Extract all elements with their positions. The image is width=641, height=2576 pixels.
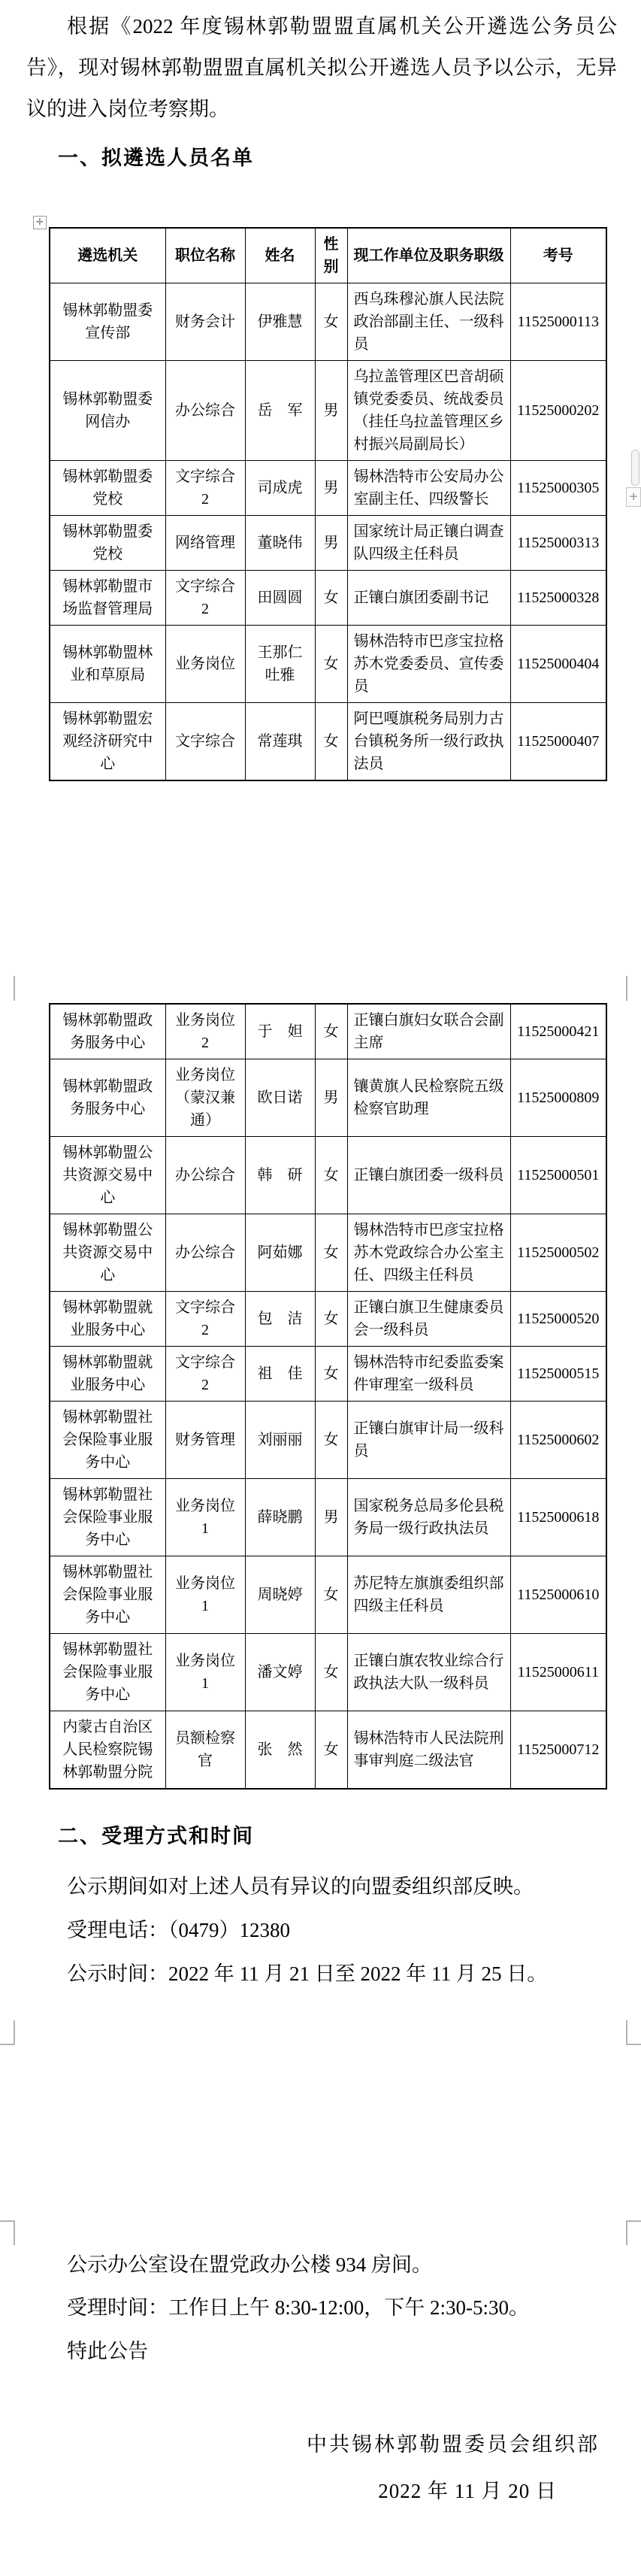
table-cell: 男 bbox=[315, 1059, 347, 1137]
table-cell: 办公综合 bbox=[165, 1137, 245, 1214]
table-cell: 办公综合 bbox=[165, 1214, 245, 1292]
table-row: 锡林郭勒盟委宣传部财务会计伊雅慧女西乌珠穆沁旗人民法院政治部副主任、一级科员11… bbox=[50, 283, 606, 361]
table-cell: 男 bbox=[315, 361, 347, 461]
table-row: 锡林郭勒盟就业服务中心文字综合2祖 佳女锡林浩特市纪委监委案件审理室一级科员11… bbox=[50, 1347, 606, 1402]
table-cell: 锡林郭勒盟就业服务中心 bbox=[50, 1347, 165, 1402]
table-cell: 11525000610 bbox=[510, 1556, 606, 1634]
table-cell: 常莲琪 bbox=[245, 703, 315, 781]
table-cell: 正镶白旗卫生健康委员会一级科员 bbox=[347, 1292, 510, 1347]
table-cell: 文字综合2 bbox=[165, 461, 245, 516]
table-cell: 苏尼特左旗旗委组织部四级主任科员 bbox=[347, 1556, 510, 1634]
table-cell: 11525000421 bbox=[510, 1004, 606, 1059]
table-header-row: 遴选机关职位名称姓名性别现工作单位及职务职级考号 bbox=[50, 228, 606, 283]
table-cell: 祖 佳 bbox=[245, 1347, 315, 1402]
table-cell: 田圆圆 bbox=[245, 571, 315, 626]
page-corner-mark bbox=[627, 2044, 641, 2045]
column-header: 职位名称 bbox=[165, 228, 245, 283]
table-cell: 锡林浩特市巴彦宝拉格苏木党委委员、宣传委员 bbox=[347, 626, 510, 703]
scroll-plus-button[interactable]: + bbox=[626, 487, 641, 507]
table-row: 锡林郭勒盟社会保险事业服务中心业务岗位1周晓婷女苏尼特左旗旗委组织部四级主任科员… bbox=[50, 1556, 606, 1634]
table-cell: 11525000502 bbox=[510, 1214, 606, 1292]
table-cell: 锡林浩特市公安局办公室副主任、四级警长 bbox=[347, 461, 510, 516]
column-header: 姓名 bbox=[245, 228, 315, 283]
table-cell: 业务岗位 bbox=[165, 626, 245, 703]
scrollbar-thumb[interactable] bbox=[631, 450, 639, 486]
table-cell: 锡林郭勒盟社会保险事业服务中心 bbox=[50, 1634, 165, 1711]
table-cell: 女 bbox=[315, 283, 347, 361]
table-cell: 锡林郭勒盟宏观经济研究中心 bbox=[50, 703, 165, 781]
table-cell: 锡林郭勒盟就业服务中心 bbox=[50, 1292, 165, 1347]
table-cell: 内蒙古自治区人民检察院锡林郭勒盟分院 bbox=[50, 1711, 165, 1790]
table-cell: 文字综合2 bbox=[165, 571, 245, 626]
table-row: 锡林郭勒盟就业服务中心文字综合2包 洁女正镶白旗卫生健康委员会一级科员11525… bbox=[50, 1292, 606, 1347]
table-cell: 女 bbox=[315, 1292, 347, 1347]
table-cell: 国家税务总局多伦县税务局一级行政执法员 bbox=[347, 1479, 510, 1556]
table-cell: 业务岗位1 bbox=[165, 1634, 245, 1711]
column-header: 遴选机关 bbox=[50, 228, 165, 283]
table-cell: 薛晓鹏 bbox=[245, 1479, 315, 1556]
table-cell: 女 bbox=[315, 1347, 347, 1402]
table-cell: 业务岗位1 bbox=[165, 1556, 245, 1634]
table-cell: 11525000611 bbox=[510, 1634, 606, 1711]
table-cell: 11525000407 bbox=[510, 703, 606, 781]
table-cell: 业务岗位2 bbox=[165, 1004, 245, 1059]
table-row: 锡林郭勒盟社会保险事业服务中心业务岗位1薛晓鹏男国家税务总局多伦县税务局一级行政… bbox=[50, 1479, 606, 1556]
table-cell: 网络管理 bbox=[165, 516, 245, 571]
table-cell: 锡林郭勒盟公共资源交易中心 bbox=[50, 1137, 165, 1214]
table-cell: 财务会计 bbox=[165, 283, 245, 361]
table-cell: 11525000618 bbox=[510, 1479, 606, 1556]
table-row: 内蒙古自治区人民检察院锡林郭勒盟分院员额检察官张 然女锡林浩特市人民法院刑事审判… bbox=[50, 1711, 606, 1790]
table-cell: 11525000712 bbox=[510, 1711, 606, 1790]
table-cell: 业务岗位1 bbox=[165, 1479, 245, 1556]
column-header: 现工作单位及职务职级 bbox=[347, 228, 510, 283]
table-cell: 欧日诺 bbox=[245, 1059, 315, 1137]
table-row: 锡林郭勒盟委网信办办公综合岳 军男乌拉盖管理区巴音胡硕镇党委委员、统战委员（挂任… bbox=[50, 361, 606, 461]
table-row: 锡林郭勒盟委党校文字综合2司成虎男锡林浩特市公安局办公室副主任、四级警长1152… bbox=[50, 461, 606, 516]
table-cell: 国家统计局正镶白调查队四级主任科员 bbox=[347, 516, 510, 571]
table-row: 锡林郭勒盟社会保险事业服务中心财务管理刘丽丽女正镶白旗审计局一级科员115250… bbox=[50, 1402, 606, 1479]
table-cell: 伊雅慧 bbox=[245, 283, 315, 361]
table-row: 锡林郭勒盟社会保险事业服务中心业务岗位1潘文婷女正镶白旗农牧业综合行政执法大队一… bbox=[50, 1634, 606, 1711]
table-cell: 岳 军 bbox=[245, 361, 315, 461]
table-cell: 业务岗位（蒙汉兼通） bbox=[165, 1059, 245, 1137]
table-cell: 正镶白旗妇女联合会副主席 bbox=[347, 1004, 510, 1059]
table-cell: 锡林郭勒盟社会保险事业服务中心 bbox=[50, 1556, 165, 1634]
page-corner-mark bbox=[626, 976, 627, 1001]
page-corner-mark bbox=[626, 2220, 627, 2245]
column-header: 性别 bbox=[315, 228, 347, 283]
table-cell: 锡林郭勒盟政务服务中心 bbox=[50, 1004, 165, 1059]
table-cell: 镶黄旗人民检察院五级检察官助理 bbox=[347, 1059, 510, 1137]
table-cell: 11525000501 bbox=[510, 1137, 606, 1214]
table-cell: 锡林郭勒盟委宣传部 bbox=[50, 283, 165, 361]
table-row: 锡林郭勒盟公共资源交易中心办公综合韩 研女正镶白旗团委一级科员115250005… bbox=[50, 1137, 606, 1214]
table-cell: 包 洁 bbox=[245, 1292, 315, 1347]
table-row: 锡林郭勒盟政务服务中心业务岗位（蒙汉兼通）欧日诺男镶黄旗人民检察院五级检察官助理… bbox=[50, 1059, 606, 1137]
table-cell: 员额检察官 bbox=[165, 1711, 245, 1790]
table-row: 锡林郭勒盟宏观经济研究中心文字综合常莲琪女阿巴嘎旗税务局别力古台镇税务所一级行政… bbox=[50, 703, 606, 781]
table-cell: 刘丽丽 bbox=[245, 1402, 315, 1479]
table-cell: 阿茹娜 bbox=[245, 1214, 315, 1292]
table-cell: 锡林郭勒盟委网信办 bbox=[50, 361, 165, 461]
table-cell: 正镶白旗农牧业综合行政执法大队一级科员 bbox=[347, 1634, 510, 1711]
table-row: 锡林郭勒盟市场监督管理局文字综合2田圆圆女正镶白旗团委副书记1152500032… bbox=[50, 571, 606, 626]
table-cell: 11525000313 bbox=[510, 516, 606, 571]
table-cell: 文字综合2 bbox=[165, 1347, 245, 1402]
table-cell: 锡林郭勒盟委党校 bbox=[50, 516, 165, 571]
table-row: 锡林郭勒盟委党校网络管理董晓伟男国家统计局正镶白调查队四级主任科员1152500… bbox=[50, 516, 606, 571]
table-cell: 办公综合 bbox=[165, 361, 245, 461]
page-corner-mark bbox=[14, 976, 15, 1001]
table-cell: 男 bbox=[315, 1479, 347, 1556]
table-cell: 潘文婷 bbox=[245, 1634, 315, 1711]
table-cell: 文字综合 bbox=[165, 703, 245, 781]
table-cell: 阿巴嘎旗税务局别力古台镇税务所一级行政执法员 bbox=[347, 703, 510, 781]
table-move-handle-icon[interactable]: ✛ bbox=[33, 216, 47, 229]
document-page: 根据《2022 年度锡林郭勒盟盟直属机关公开遴选公务员公告》，现对锡林郭勒盟盟直… bbox=[0, 0, 641, 2576]
table-cell: 锡林浩特市巴彦宝拉格苏木党政综合办公室主任、四级主任科员 bbox=[347, 1214, 510, 1292]
paragraph-public-period: 公示时间：2022 年 11 月 21 日至 2022 年 11 月 25 日。 bbox=[26, 1953, 617, 1995]
paragraph-office-hours: 受理时间：工作日上午 8:30-12:00，下午 2:30-5:30。 bbox=[26, 2287, 617, 2329]
table-cell: 锡林浩特市人民法院刑事审判庭二级法官 bbox=[347, 1711, 510, 1790]
page-corner-mark bbox=[14, 2020, 15, 2045]
table-cell: 女 bbox=[315, 626, 347, 703]
table-row: 锡林郭勒盟公共资源交易中心办公综合阿茹娜女锡林浩特市巴彦宝拉格苏木党政综合办公室… bbox=[50, 1214, 606, 1292]
table-cell: 锡林郭勒盟政务服务中心 bbox=[50, 1059, 165, 1137]
table-cell: 锡林郭勒盟公共资源交易中心 bbox=[50, 1214, 165, 1292]
table-cell: 周晓婷 bbox=[245, 1556, 315, 1634]
table-cell: 董晓伟 bbox=[245, 516, 315, 571]
table-cell: 财务管理 bbox=[165, 1402, 245, 1479]
table-cell: 女 bbox=[315, 1556, 347, 1634]
table-cell: 司成虎 bbox=[245, 461, 315, 516]
table-cell: 女 bbox=[315, 1402, 347, 1479]
table-cell: 张 然 bbox=[245, 1711, 315, 1790]
table-cell: 锡林郭勒盟社会保险事业服务中心 bbox=[50, 1402, 165, 1479]
table-row: 锡林郭勒盟政务服务中心业务岗位2于 妲女正镶白旗妇女联合会副主席11525000… bbox=[50, 1004, 606, 1059]
table-cell: 正镶白旗团委副书记 bbox=[347, 571, 510, 626]
table-cell: 锡林郭勒盟委党校 bbox=[50, 461, 165, 516]
table-cell: 11525000602 bbox=[510, 1402, 606, 1479]
table-cell: 文字综合2 bbox=[165, 1292, 245, 1347]
paragraph-objection: 公示期间如对上述人员有异议的向盟委组织部反映。 bbox=[26, 1866, 617, 1908]
table-cell: 女 bbox=[315, 1214, 347, 1292]
page-corner-mark bbox=[627, 2220, 641, 2222]
paragraph-phone: 受理电话：（0479）12380 bbox=[26, 1910, 617, 1951]
page-corner-mark bbox=[626, 2020, 627, 2045]
table-cell: 女 bbox=[315, 1711, 347, 1790]
table-cell: 女 bbox=[315, 1004, 347, 1059]
table-cell: 锡林郭勒盟林业和草原局 bbox=[50, 626, 165, 703]
table-cell: 女 bbox=[315, 703, 347, 781]
selection-table-part2: 锡林郭勒盟政务服务中心业务岗位2于 妲女正镶白旗妇女联合会副主席11525000… bbox=[49, 1003, 607, 1790]
table-cell: 于 妲 bbox=[245, 1004, 315, 1059]
table-cell: 11525000809 bbox=[510, 1059, 606, 1137]
table-cell: 11525000515 bbox=[510, 1347, 606, 1402]
table-cell: 正镶白旗审计局一级科员 bbox=[347, 1402, 510, 1479]
table-cell: 女 bbox=[315, 1137, 347, 1214]
section2-heading: 二、受理方式和时间 bbox=[58, 1823, 254, 1850]
selection-table-part1: 遴选机关职位名称姓名性别现工作单位及职务职级考号 锡林郭勒盟委宣传部财务会计伊雅… bbox=[49, 227, 607, 781]
table-row: 锡林郭勒盟林业和草原局业务岗位王那仁吐雅女锡林浩特市巴彦宝拉格苏木党委委员、宣传… bbox=[50, 626, 606, 703]
table-cell: 西乌珠穆沁旗人民法院政治部副主任、一级科员 bbox=[347, 283, 510, 361]
section1-heading: 一、拟遴选人员名单 bbox=[58, 144, 254, 171]
table-cell: 11525000404 bbox=[510, 626, 606, 703]
table-cell: 乌拉盖管理区巴音胡硕镇党委委员、统战委员（挂任乌拉盖管理区乡村振兴局副局长） bbox=[347, 361, 510, 461]
table-cell: 锡林郭勒盟社会保险事业服务中心 bbox=[50, 1479, 165, 1556]
intro-paragraph: 根据《2022 年度锡林郭勒盟盟直属机关公开遴选公务员公告》，现对锡林郭勒盟盟直… bbox=[26, 6, 617, 130]
table-cell: 男 bbox=[315, 516, 347, 571]
table-cell: 11525000305 bbox=[510, 461, 606, 516]
table-cell: 女 bbox=[315, 1634, 347, 1711]
table-cell: 女 bbox=[315, 571, 347, 626]
table-cell: 锡林郭勒盟市场监督管理局 bbox=[50, 571, 165, 626]
table-cell: 11525000328 bbox=[510, 571, 606, 626]
table-cell: 男 bbox=[315, 461, 347, 516]
table-cell: 锡林浩特市纪委监委案件审理室一级科员 bbox=[347, 1347, 510, 1402]
column-header: 考号 bbox=[510, 228, 606, 283]
paragraph-hereby: 特此公告 bbox=[26, 2331, 617, 2372]
page-corner-mark bbox=[14, 2220, 15, 2245]
signature-date: 2022 年 11 月 20 日 bbox=[378, 2476, 557, 2506]
table-cell: 11525000520 bbox=[510, 1292, 606, 1347]
paragraph-office-location: 公示办公室设在盟党政办公楼 934 房间。 bbox=[26, 2244, 617, 2286]
table-cell: 王那仁吐雅 bbox=[245, 626, 315, 703]
page-corner-mark bbox=[0, 2044, 14, 2045]
table-cell: 韩 研 bbox=[245, 1137, 315, 1214]
table-cell: 正镶白旗团委一级科员 bbox=[347, 1137, 510, 1214]
signature-organization: 中共锡林郭勒盟委员会组织部 bbox=[307, 2429, 600, 2459]
page-corner-mark bbox=[0, 2220, 14, 2222]
table-cell: 11525000113 bbox=[510, 283, 606, 361]
table-cell: 11525000202 bbox=[510, 361, 606, 461]
